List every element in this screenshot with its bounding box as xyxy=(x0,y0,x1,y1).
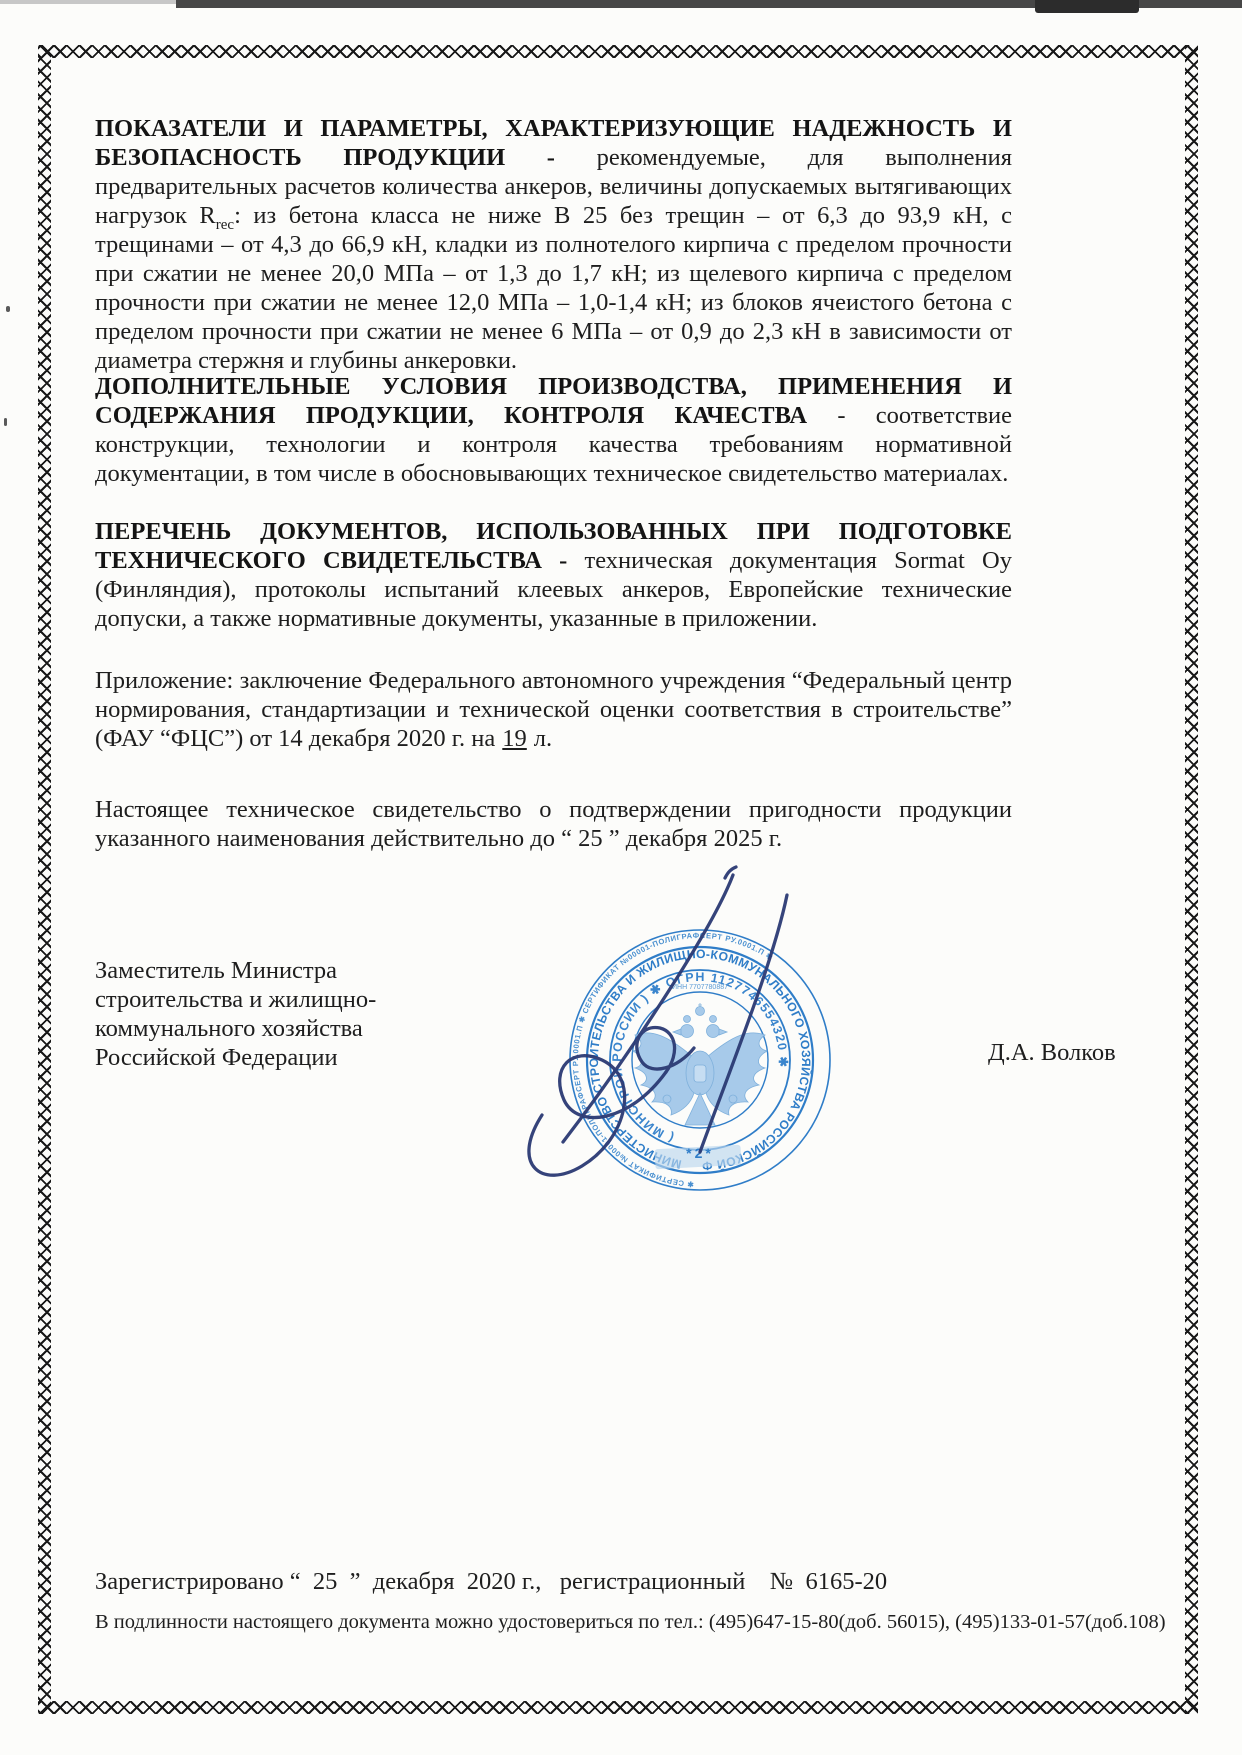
section-reliability-indicators: ПОКАЗАТЕЛИ И ПАРАМЕТРЫ, ХАРАКТЕРИЗУЮЩИЕ … xyxy=(95,114,1012,375)
border-pattern-top xyxy=(38,45,1198,58)
scan-artifact-bar xyxy=(1035,0,1139,13)
certificate-page: ПОКАЗАТЕЛИ И ПАРАМЕТРЫ, ХАРАКТЕРИЗУЮЩИЕ … xyxy=(0,0,1242,1755)
attachment-text: л. xyxy=(534,725,552,752)
section-additional-conditions: ДОПОЛНИТЕЛЬНЫЕ УСЛОВИЯ ПРОИЗВОДСТВА, ПРИ… xyxy=(95,372,1012,488)
attachment-paragraph: Приложение: заключение Федерального авто… xyxy=(95,666,1012,753)
signer-title: Заместитель Министра строительства и жил… xyxy=(95,956,455,1072)
attachment-sheet-count: 19 xyxy=(495,725,534,752)
attachment-text: Приложение: заключение Федерального авто… xyxy=(95,667,1012,752)
scan-artifact-dot xyxy=(6,306,10,312)
signer-name: Д.А. Волков xyxy=(988,1039,1116,1067)
handwritten-signature xyxy=(480,770,860,1190)
section-documents-list: ПЕРЕЧЕНЬ ДОКУМЕНТОВ, ИСПОЛЬЗОВАННЫХ ПРИ … xyxy=(95,517,1012,633)
border-pattern-left xyxy=(38,45,51,1714)
border-pattern-right xyxy=(1185,45,1198,1714)
verification-phone-line: В подлинности настоящего документа можно… xyxy=(95,1611,1175,1634)
border-pattern-bottom xyxy=(38,1701,1198,1714)
registration-line: Зарегистрировано “ 25 ” декабря 2020 г.,… xyxy=(95,1568,1175,1596)
scan-artifact-dot xyxy=(4,418,7,426)
scan-artifact-bar xyxy=(0,0,180,4)
